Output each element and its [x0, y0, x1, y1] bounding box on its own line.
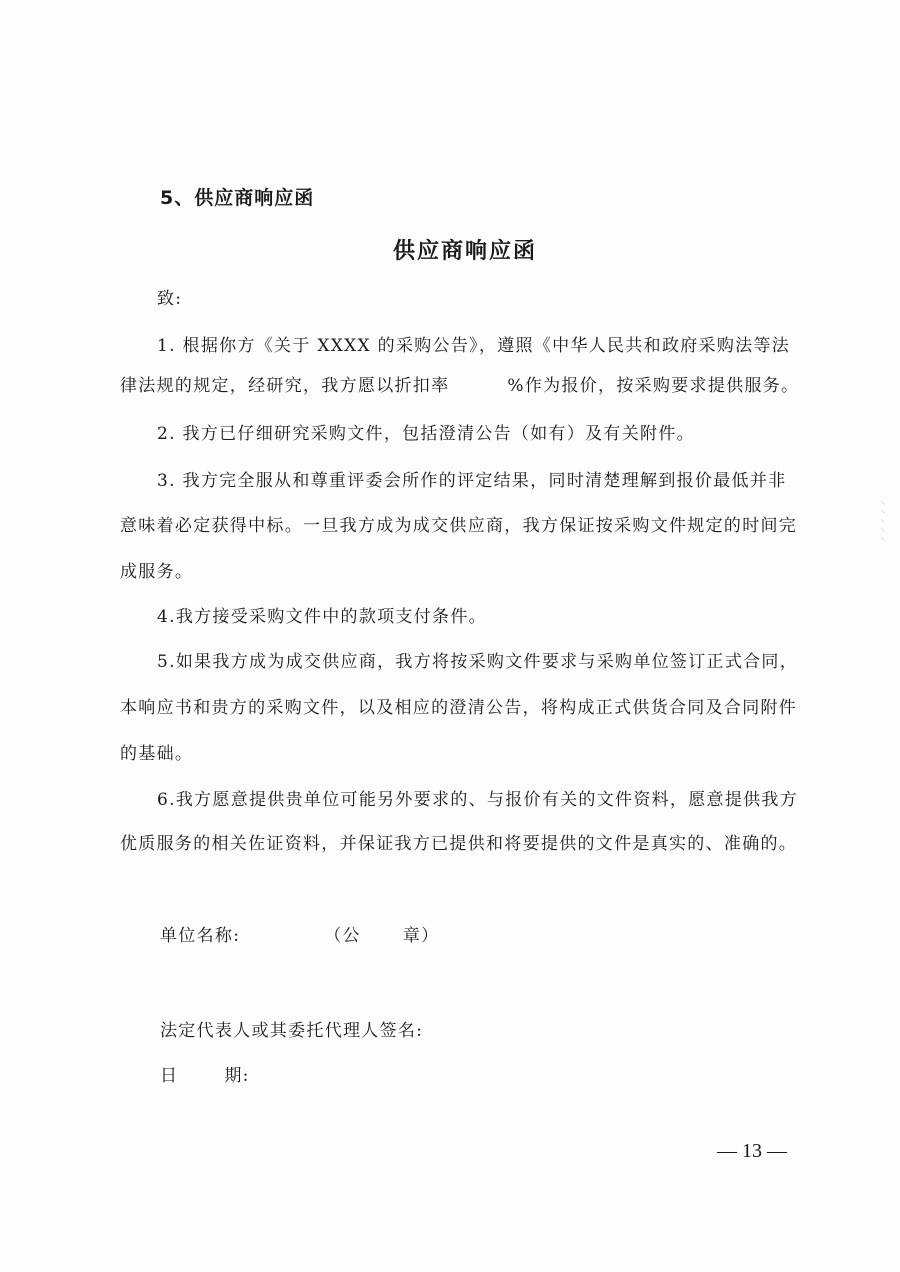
- date-row: 日期:: [160, 1061, 250, 1086]
- paragraph-1-line-2-part-b: %作为报价，按采购要求提供服务。: [507, 376, 799, 396]
- section-heading: 5、供应商响应函: [160, 183, 314, 210]
- paragraph-6-line-2: 优质服务的相关佐证资料，并保证我方已提供和将要提供的文件是真实的、准确的。: [120, 833, 797, 855]
- stamp-close: 章）: [403, 926, 440, 946]
- paragraph-1-line-1: 1. 根据你方《关于 XXXX 的采购公告》，遵照《中华人民共和政府采购法等法: [157, 335, 790, 357]
- paragraph-1-line-2-part-a: 律法规的规定，经研究，我方愿以折扣率: [120, 376, 449, 396]
- salutation: 致:: [157, 288, 182, 310]
- date-label-part-1: 日: [160, 1066, 178, 1086]
- document-page: 5、供应商响应函 供应商响应函 致: 1. 根据你方《关于 XXXX 的采购公告…: [0, 0, 900, 1272]
- company-name-label: 单位名称:: [160, 926, 240, 946]
- representative-signature-label: 法定代表人或其委托代理人签名:: [160, 1016, 423, 1041]
- document-title: 供应商响应函: [0, 234, 900, 265]
- paragraph-5-line-2: 本响应书和贵方的采购文件，以及相应的澄清公告，将构成正式供货合同及合同附件: [120, 697, 797, 719]
- stamp-open: （公: [324, 926, 361, 946]
- company-name-row: 单位名称:（公章）: [160, 921, 439, 946]
- paragraph-2-line-1: 2. 我方已仔细研究采购文件，包括澄清公告（如有）及有关附件。: [157, 423, 695, 445]
- paragraph-3-line-3: 成服务。: [120, 561, 193, 583]
- paragraph-5-line-1: 5.如果我方成为成交供应商，我方将按采购文件要求与采购单位签订正式合同，: [157, 651, 798, 673]
- paragraph-5-line-3: 的基础。: [120, 743, 193, 765]
- paragraph-3-line-2: 意味着必定获得中标。一旦我方成为成交供应商，我方保证按采购文件规定的时间完: [120, 515, 797, 537]
- page-number: — 13 —: [717, 1140, 787, 1163]
- paragraph-1-line-2: 律法规的规定，经研究，我方愿以折扣率%作为报价，按采购要求提供服务。: [120, 375, 799, 397]
- paragraph-6-line-1: 6.我方愿意提供贵单位可能另外要求的、与报价有关的文件资料，愿意提供我方: [157, 789, 798, 811]
- paragraph-4-line-1: 4.我方接受采购文件中的款项支付条件。: [157, 606, 487, 628]
- scan-bleed-artifact: ⸍ ⸍ ⸍ ⸍ ⸍: [884, 500, 892, 650]
- paragraph-3-line-1: 3. 我方完全服从和尊重评委会所作的评定结果，同时清楚理解到报价最低并非: [157, 470, 786, 492]
- date-label-part-2: 期:: [224, 1066, 249, 1086]
